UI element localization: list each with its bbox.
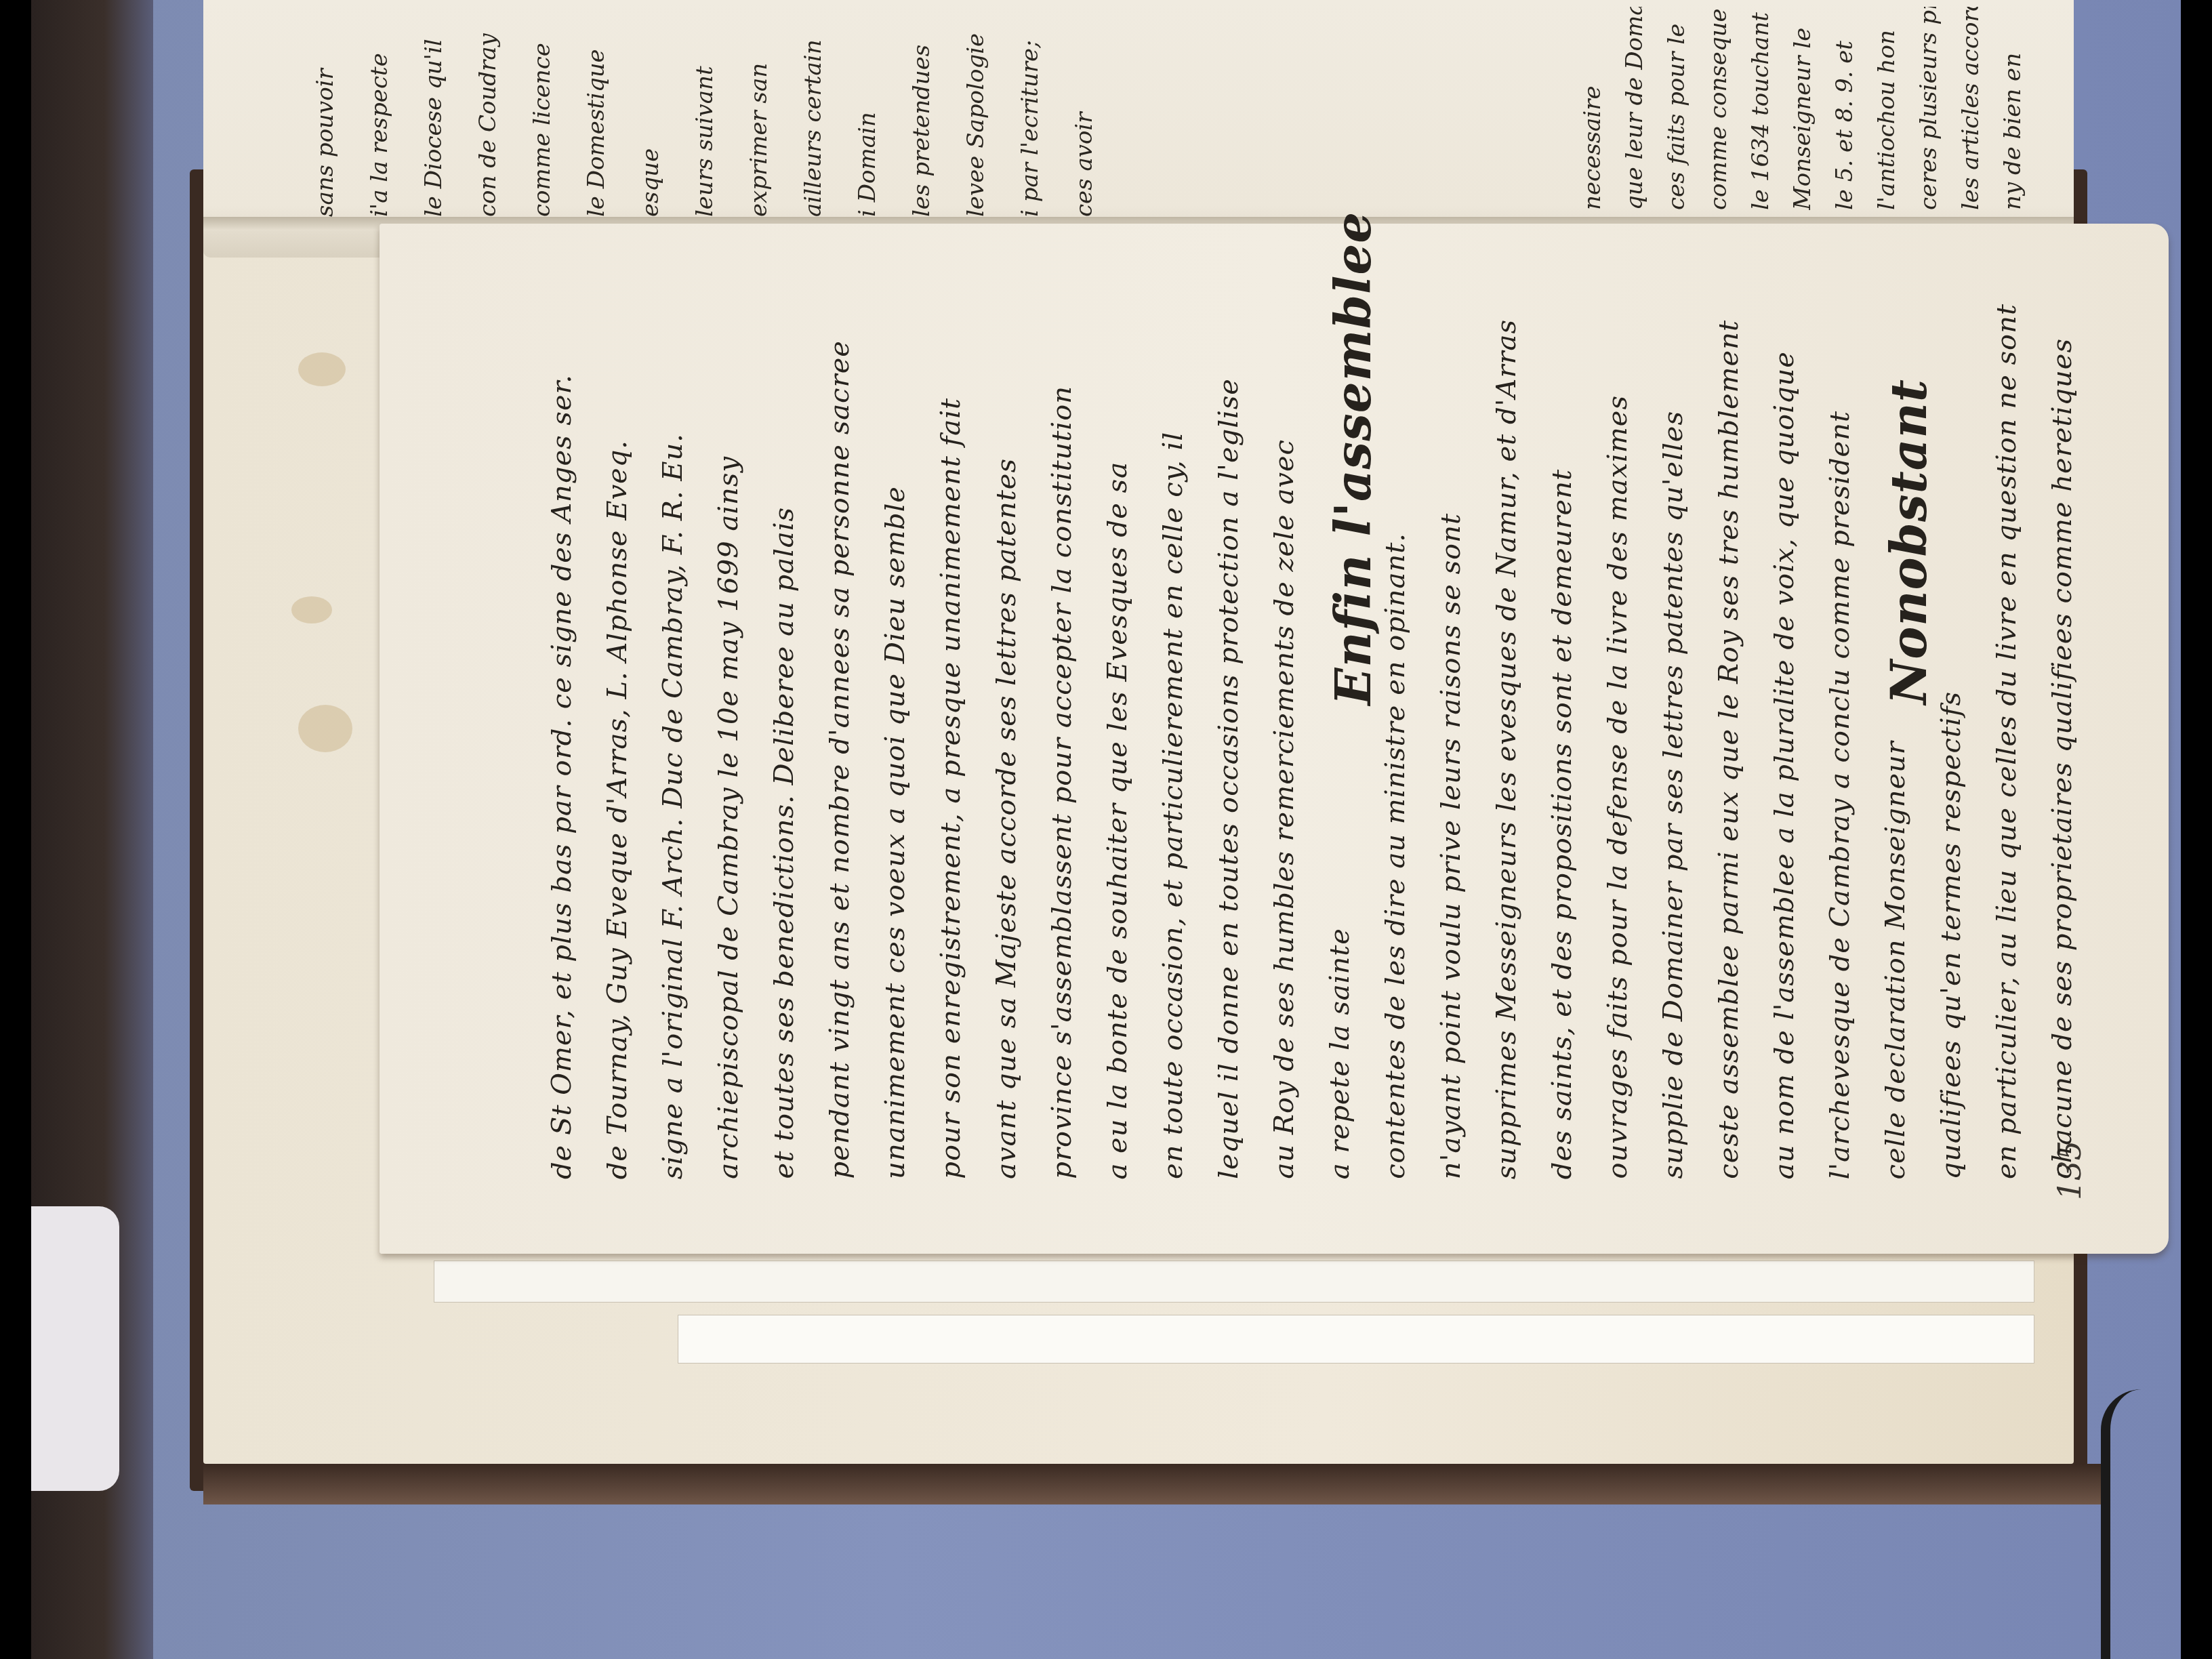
manuscript-text: chacune de ses proprietaires qualifiees … — [393, 258, 2101, 1220]
facing-page-fragment-line: ailleurs certain — [800, 0, 827, 217]
facing-page-line: que leur de Domaine — [1621, 7, 1648, 210]
paper-stain — [291, 596, 332, 623]
manuscript-line: l'archevesque de Cambray a conclu comme … — [1824, 411, 1856, 1179]
manuscript-line: et toutes ses benedictions. Deliberee au… — [769, 507, 800, 1179]
facing-page-line: ces faits pour le — [1663, 7, 1690, 210]
facing-page-line: necessaire — [1579, 7, 1606, 210]
book-edge-bottom — [203, 1464, 2101, 1504]
facing-page-fragment-line: le Domestique — [583, 0, 610, 217]
facing-page-line: comme consequen — [1705, 7, 1732, 210]
manuscript-line: avant que sa Majeste accorde ses lettres… — [991, 458, 1022, 1179]
manuscript-line: au nom de l'assemblee a la pluralite de … — [1769, 351, 1800, 1179]
right-black-border — [2181, 0, 2212, 1659]
facing-page-fragment-line: comme licence — [529, 0, 556, 217]
facing-page-fragment-line: sans pouvoir — [312, 0, 339, 217]
manuscript-line: a eu la bonte de souhaiter que les Evesq… — [1102, 462, 1133, 1179]
facing-page-line: Monseigneur le — [1789, 7, 1816, 210]
manuscript-line: celle declaration Monseigneur — [1880, 741, 1911, 1179]
section-heading: Enfin l'assemblee — [1324, 211, 1382, 705]
manuscript-line: unanimement ces voeux a quoi que Dieu se… — [880, 486, 911, 1179]
facing-page-fragment-line: levee Sapologie — [962, 0, 989, 217]
paper-slip — [434, 1261, 2034, 1303]
manuscript-line: au Roy de ses humbles remerciements de z… — [1269, 439, 1300, 1179]
manuscript-line: supplie de Domainer par ses lettres pate… — [1658, 411, 1689, 1179]
manuscript-line: a repete la sainte — [1324, 928, 1355, 1179]
paper-stain — [298, 352, 346, 386]
manuscript-line: en particulier, au lieu que celles du li… — [1991, 304, 2022, 1179]
section-heading: Nonobstant — [1880, 379, 1938, 705]
paper-slip — [678, 1315, 2034, 1364]
facing-page-fragment-line: les pretendues — [908, 0, 935, 217]
manuscript-line: pendant vingt ans et nombre d'annees sa … — [824, 340, 855, 1179]
manuscript-line: contentes de les dire au ministre en opi… — [1380, 533, 1411, 1179]
white-cloth-corner — [31, 1206, 119, 1491]
manuscript-line: en toute occasion, et particulierement e… — [1158, 432, 1189, 1179]
black-cable — [2101, 1389, 2158, 1659]
facing-page-fragment-line: ces avoir — [1071, 0, 1098, 217]
facing-page-fragment-line: con de Coudray — [474, 0, 501, 217]
manuscript-line: archiepiscopal de Cambray le 10e may 169… — [713, 456, 744, 1179]
facing-page-line: ceres plusieurs princi — [1915, 7, 1942, 210]
facing-page-fragment-line: esque — [637, 0, 664, 217]
manuscript-line: lequel il donne en toutes occasions prot… — [1213, 378, 1244, 1179]
manuscript-line: qualifiees qu'en termes respectifs — [1935, 691, 1967, 1179]
manuscript-line: des saints, et des propositions sont et … — [1547, 469, 1578, 1179]
manuscript-line: n'ayant point voulu prive leurs raisons … — [1435, 513, 1467, 1179]
facing-page-line: le 5. et 8. 9. et — [1831, 7, 1858, 210]
facing-page-fragment-line: i'a la respecte — [366, 0, 393, 217]
manuscript-line: ouvrages faits pour la defense de la liv… — [1602, 395, 1633, 1179]
paper-stain — [298, 705, 352, 752]
manuscript-line: de Tournay, Guy Eveque d'Arras, L. Alpho… — [602, 440, 633, 1179]
facing-page-fragment-line: i par l'ecriture; — [1017, 0, 1044, 217]
facing-page-fragment-line: le Diocese qu'il — [420, 0, 447, 217]
facing-page-fragment-line: i Domain — [854, 0, 881, 217]
facing-page-fragment-line: exprimer san — [745, 0, 773, 217]
facing-page-fragment-line: leurs suivant — [691, 0, 718, 217]
manuscript-line: chacune de ses proprietaires qualifiees … — [2047, 338, 2078, 1179]
manuscript-line: ceste assemblee parmi eux que le Roy ses… — [1713, 320, 1744, 1179]
manuscript-line: de St Omer, et plus bas par ord. ce sign… — [546, 374, 577, 1179]
facing-page-line: le 1634 touchant — [1747, 7, 1774, 210]
facing-page-line: l'antiochou hon — [1873, 7, 1900, 210]
manuscript-line: signe a l'original F. Arch. Duc de Cambr… — [657, 433, 689, 1179]
facing-page-line: ny de bien en — [1999, 7, 2026, 210]
manuscript-line: supprimes Messeigneurs les evesques de N… — [1491, 319, 1522, 1179]
manuscript-line: province s'assemblassent pour accepter l… — [1046, 386, 1078, 1179]
manuscript-line: pour son enregistrement, a presque unani… — [935, 398, 966, 1179]
left-black-border — [0, 0, 31, 1659]
facing-page-line: les articles accordez — [1957, 7, 1984, 210]
